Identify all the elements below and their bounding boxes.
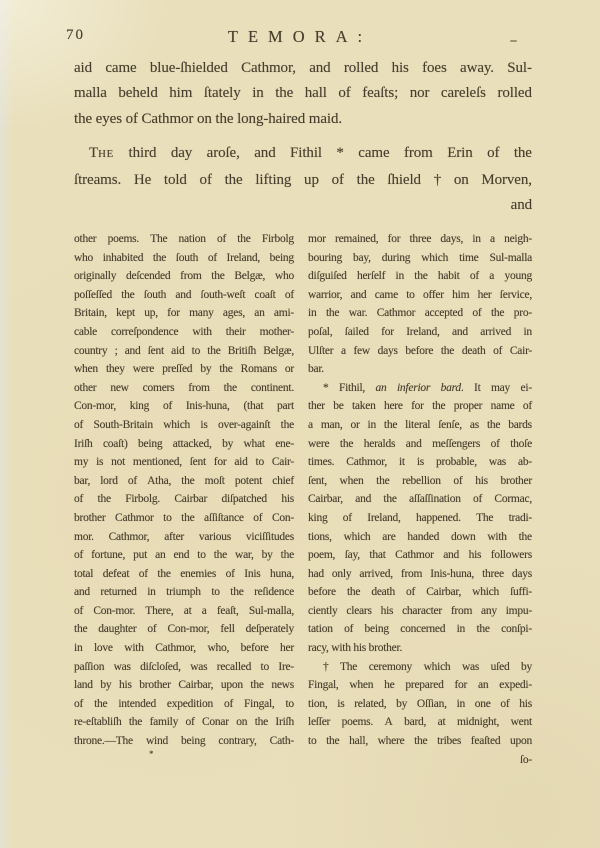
word: ſervice,: [500, 286, 532, 305]
text-line: brotherCathmortotheaſſiſtanceofCon-: [74, 509, 294, 528]
word: Morven,: [481, 168, 532, 193]
word: fortune,: [91, 546, 125, 565]
word: the: [224, 379, 237, 398]
word: a: [489, 267, 494, 286]
word: †: [434, 168, 441, 193]
word: Cathmor: [377, 304, 416, 323]
word: the: [225, 168, 243, 193]
word: to: [211, 583, 219, 602]
text-line: cientlyclearshischaracterfromanyimpu-: [308, 602, 532, 621]
text-line: poem,ſay,thatCathmorandhisfollowers: [308, 546, 532, 565]
word: *: [336, 141, 343, 167]
text-line: offortune,putanendtothewar,bythe: [74, 546, 294, 565]
word: for: [214, 453, 227, 472]
word: a: [308, 416, 313, 435]
word: remained,: [335, 230, 378, 249]
word: accepted: [425, 304, 463, 323]
word: tradi-: [509, 509, 532, 528]
word: of: [473, 490, 482, 509]
word: ſuffi-: [510, 583, 532, 602]
word: Cairbar,: [426, 583, 461, 602]
word: kept: [116, 304, 135, 323]
word: Belgæ,: [234, 267, 265, 286]
word: nation: [179, 230, 206, 249]
word: of: [139, 565, 148, 584]
word: the: [491, 304, 504, 323]
word: Fithil: [290, 141, 322, 167]
word: had: [308, 565, 324, 584]
word: when: [74, 360, 98, 379]
word: to: [406, 286, 414, 305]
word: the: [181, 509, 194, 528]
word: Conar: [202, 713, 229, 732]
word: days,: [440, 230, 463, 249]
word: three: [409, 230, 431, 249]
word: re-eſtabliſh: [74, 713, 121, 732]
word: the: [281, 546, 294, 565]
word: of: [344, 620, 353, 639]
word: the: [414, 267, 427, 286]
word: of: [200, 168, 212, 193]
word: one: [475, 695, 491, 714]
word: related,: [354, 695, 386, 714]
word: my: [74, 453, 88, 472]
word: Oſſian,: [417, 695, 447, 714]
word: who: [275, 267, 294, 286]
word: clears: [346, 602, 371, 621]
word: the: [129, 713, 142, 732]
word: Inis-huna,: [430, 565, 474, 584]
word: his: [281, 490, 294, 509]
text-line: leſſerpoems.Abard,atmidnight,went: [308, 713, 532, 732]
word: followers: [491, 546, 532, 565]
word: Firbolg: [262, 230, 294, 249]
word: the: [414, 732, 427, 751]
text-line: poſſeſſedtheſouthandſouth-weſtcoaſtof: [74, 286, 294, 305]
word: his: [119, 676, 132, 695]
word: the: [230, 583, 243, 602]
word: huna,: [270, 565, 294, 584]
word: young: [504, 267, 532, 286]
word: Sul-malla,: [249, 602, 294, 621]
text-line: mallabeheldhimſtatelyinthehalloffeaſts;n…: [74, 81, 532, 106]
word: happened.: [416, 509, 461, 528]
word: the: [275, 81, 293, 106]
word: the: [121, 286, 134, 305]
text-line: oftheintendedexpeditionofFingal,to: [74, 695, 294, 714]
word: tion,: [308, 695, 328, 714]
word: hall: [305, 81, 327, 106]
word: the: [157, 565, 170, 584]
word: Cathmor,: [109, 528, 150, 547]
word: was: [489, 453, 506, 472]
page-header: 70 TEMORA:: [0, 27, 600, 51]
text-line: THEthirddayaroſe,andFithil*camefromErino…: [74, 141, 532, 167]
word: diſcloſed,: [140, 658, 181, 677]
text-line: Con-mor,kingofInis-huna,(thatpart: [74, 397, 294, 416]
word: the: [255, 713, 268, 732]
word: and: [351, 286, 367, 305]
word: leſſer: [308, 713, 330, 732]
word: days: [378, 342, 398, 361]
word: to: [261, 658, 269, 677]
word: his: [392, 56, 409, 81]
text-line: ſent,whentherebellionofhisbrother: [308, 472, 532, 491]
word: the: [98, 490, 111, 509]
word: contrary,: [218, 732, 256, 751]
word: which: [163, 416, 190, 435]
word: ſenſe,: [438, 416, 462, 435]
text-line: totaldefeatoftheenemiesofInishuna,: [74, 565, 294, 584]
word: rolled: [497, 81, 531, 106]
word: of: [500, 695, 509, 714]
word: triumph: [166, 583, 201, 602]
word: thoſe: [510, 435, 532, 454]
word: Britain,: [74, 304, 107, 323]
text-line: the eyes of Cathmor on the long-haired m…: [74, 107, 532, 132]
word: malla: [74, 81, 107, 106]
word: and: [175, 286, 191, 305]
word: man,: [321, 416, 343, 435]
text-line: whentheywerepreſſedbytheRomansor: [74, 360, 294, 379]
word: diſguiſed: [308, 267, 347, 286]
text-line: †Theceremonywhichwasuſedby: [308, 658, 532, 677]
word: aroſe,: [207, 141, 240, 167]
word: and: [406, 435, 422, 454]
word: the: [519, 528, 532, 547]
word: up,: [144, 304, 158, 323]
word: told: [164, 168, 187, 193]
paragraph-second: THEthirddayaroſe,andFithil*camefromErino…: [74, 141, 532, 218]
word: and: [74, 583, 90, 602]
word: ſouth: [176, 249, 198, 268]
word: Fithil,: [339, 379, 365, 398]
word: in: [472, 230, 480, 249]
word: during: [382, 249, 411, 268]
word: viciſſitudes: [246, 528, 294, 547]
word: him: [452, 286, 469, 305]
press-figure: *: [149, 749, 154, 759]
text-line: whoinhabitedtheſouthofIreland,being: [74, 249, 294, 268]
text-line: kingofIreland,happened.Thetradi-: [308, 509, 532, 528]
word: careleſs: [441, 81, 486, 106]
word: the: [441, 342, 454, 361]
word: arrived: [480, 323, 511, 342]
word: brother: [139, 676, 170, 695]
word: bard,: [404, 713, 426, 732]
word: was: [190, 658, 207, 677]
word: inhabited: [103, 249, 144, 268]
word: love: [94, 639, 113, 658]
text-line: thedaughterofCon-mor,felldeſperately: [74, 620, 294, 639]
text-line: tationofbeingconcernedintheconſpi-: [308, 620, 532, 639]
word: handed: [407, 528, 439, 547]
word: her: [478, 286, 492, 305]
word: ſouth-weſt: [201, 286, 246, 305]
word: and: [254, 141, 275, 167]
word: the: [326, 732, 339, 751]
word: in: [396, 267, 404, 286]
word: He: [134, 168, 151, 193]
word: and: [443, 546, 459, 565]
word: lifting: [255, 168, 291, 193]
text-line: landbyhisbrotherCairbar,uponthenews: [74, 676, 294, 695]
text-line: Britain,keptup,formanyages,anami-: [74, 304, 294, 323]
word: of: [226, 565, 235, 584]
word: being: [365, 620, 389, 639]
word: of: [74, 416, 83, 435]
word: the: [347, 583, 360, 602]
word: Con-mor,: [74, 397, 116, 416]
word: ſhield: [387, 168, 421, 193]
word: bards: [508, 416, 532, 435]
word: Firbolg.: [125, 490, 160, 509]
word: his: [519, 695, 532, 714]
word: continent.: [251, 379, 294, 398]
word: before: [308, 583, 336, 602]
word: ages,: [223, 304, 245, 323]
word: of: [128, 472, 137, 491]
word: upon: [510, 732, 532, 751]
word: arrived,: [359, 565, 392, 584]
word: the: [326, 304, 339, 323]
word: which: [424, 658, 451, 677]
word: in: [457, 695, 465, 714]
text-line: ſo-: [308, 751, 532, 770]
text-line: warrior,andcametoofferhimherſervice,: [308, 286, 532, 305]
word: the: [476, 620, 489, 639]
word: aid: [234, 453, 247, 472]
word: king: [130, 397, 149, 416]
word: ;: [115, 342, 118, 361]
word: coaſt): [103, 435, 128, 454]
word: they: [106, 360, 125, 379]
word: their: [226, 323, 246, 342]
word: Cormac,: [494, 490, 532, 509]
text-line: tion,isrelated,byOſſian,inoneofhis: [308, 695, 532, 714]
word: he: [384, 676, 394, 695]
word: returned: [100, 583, 136, 602]
word: Inis-huna,: [186, 397, 230, 416]
word: the: [250, 676, 263, 695]
word: away.: [460, 56, 494, 81]
word: coaſt: [255, 286, 276, 305]
word: the: [487, 416, 500, 435]
word: from: [451, 602, 472, 621]
word: The: [476, 509, 493, 528]
text-line: times.Cathmor,itisprobable,wasab-: [308, 453, 532, 472]
word: his: [381, 602, 394, 621]
word: *: [323, 379, 329, 398]
word: three: [482, 565, 504, 584]
word: Cairbar,: [308, 490, 343, 509]
word: impu-: [506, 602, 532, 621]
word: of: [343, 509, 352, 528]
word: Ireland,: [227, 249, 260, 268]
footnote-left-column: otherpoems.ThenationoftheFirbolgwhoinhab…: [74, 230, 294, 769]
word: down: [451, 528, 476, 547]
word: Fingal,: [308, 676, 339, 695]
word: of: [74, 546, 83, 565]
word: of: [217, 230, 226, 249]
word: mor.: [74, 528, 94, 547]
word: news: [271, 676, 294, 695]
word: Cair-: [510, 342, 532, 361]
word: in: [74, 639, 82, 658]
book-page: 70 TEMORA: aidcameblue-ſhieldedCathmor,a…: [0, 0, 600, 848]
word: †: [323, 658, 329, 677]
word: the: [514, 141, 532, 167]
word: of: [147, 620, 156, 639]
word: the: [207, 342, 220, 361]
word: death: [462, 342, 486, 361]
text-line: poſal,ſailedforIreland,andarrivedin: [308, 323, 532, 342]
word: aſſaſſination: [409, 490, 461, 509]
word: or: [285, 360, 294, 379]
word: many: [189, 304, 214, 323]
word: king: [308, 509, 327, 528]
footnote-right-column: morremained,forthreedays,inaneigh-bourin…: [308, 230, 532, 769]
word: for: [388, 230, 401, 249]
word: aſſiſtance: [204, 509, 244, 528]
word: Ulſter: [308, 342, 333, 361]
word: who,: [207, 639, 229, 658]
text-line: Fingal,whenhepreparedforanexpedi-: [308, 676, 532, 695]
word: feaſted: [471, 732, 501, 751]
word: Cathmor,: [155, 639, 196, 658]
word: of: [208, 249, 217, 268]
text-line: inlovewithCathmor,who,beforeher: [74, 639, 294, 658]
word: ther: [308, 397, 325, 416]
word: Con-mor.: [93, 602, 135, 621]
word: paſſion: [74, 658, 104, 677]
word: deſperately: [246, 620, 294, 639]
word: bouring: [308, 249, 342, 268]
word: neigh-: [504, 230, 532, 249]
word: a: [202, 602, 207, 621]
word: There,: [145, 602, 173, 621]
word: of: [74, 602, 83, 621]
text-line: otherpoems.ThenationoftheFirbolg: [74, 230, 294, 249]
text-line: aidcameblue-ſhieldedCathmor,androlledhis…: [74, 56, 532, 81]
word: any: [481, 602, 497, 621]
word: to: [308, 732, 316, 751]
word: ceremony: [369, 658, 412, 677]
word: times.: [308, 453, 334, 472]
word: which: [344, 528, 371, 547]
word: came: [375, 286, 398, 305]
word: expedition: [167, 695, 213, 714]
word: the: [237, 230, 250, 249]
word: an: [376, 379, 387, 398]
word: by: [396, 695, 407, 714]
word: wind: [146, 732, 168, 751]
word: by: [100, 676, 111, 695]
word: beheld: [118, 81, 157, 106]
word: Ireland,: [367, 509, 400, 528]
word: it: [399, 453, 405, 472]
word: in: [252, 81, 263, 106]
word: Cairbar: [174, 490, 207, 509]
word: moſt: [205, 472, 225, 491]
word: ſailed: [345, 323, 369, 342]
word: total: [74, 565, 93, 584]
word: which: [421, 249, 448, 268]
text-line: racy, with his brother.: [308, 639, 532, 658]
word: bard.: [441, 379, 464, 398]
text-line: aman,orintheliteralſenſe,asthebards: [308, 416, 532, 435]
word: of: [285, 286, 294, 305]
word: Cair-: [272, 453, 294, 472]
word: Sul-: [507, 56, 532, 81]
text-line: tions,whicharehandeddownwiththe: [308, 528, 532, 547]
word: of: [163, 397, 172, 416]
word: poſſeſſed: [74, 286, 112, 305]
word: Iriſh: [275, 713, 294, 732]
word: intended: [118, 695, 156, 714]
word: hall,: [349, 732, 368, 751]
word: Romans: [241, 360, 277, 379]
word: the: [219, 360, 232, 379]
word: the: [214, 546, 227, 565]
word: was: [462, 658, 479, 677]
word: Cathmor: [395, 546, 434, 565]
word: an: [254, 304, 264, 323]
word: meſſengers: [432, 435, 480, 454]
word: character: [402, 602, 442, 621]
text-line: weretheheraldsandmeſſengersofthoſe: [308, 435, 532, 454]
word: an: [478, 676, 488, 695]
word: is: [337, 695, 344, 714]
word: part: [277, 397, 294, 416]
word: Inis: [244, 565, 260, 584]
word: brother: [74, 509, 105, 528]
word: South-Britain: [93, 416, 152, 435]
word: the: [74, 620, 87, 639]
word: of: [453, 472, 462, 491]
word: of: [491, 435, 500, 454]
word: when: [340, 472, 364, 491]
word: blue-ſhielded: [150, 56, 228, 81]
word: for: [381, 323, 394, 342]
word: on: [454, 168, 469, 193]
word: other: [74, 379, 96, 398]
word: poems.: [108, 230, 139, 249]
text-line: UlſterafewdaysbeforethedeathofCair-: [308, 342, 532, 361]
text-line: hadonlyarrived,fromInis-huna,threedays: [308, 565, 532, 584]
word: an: [155, 546, 165, 565]
word: as: [470, 416, 479, 435]
word: A: [385, 713, 393, 732]
word: Cath-: [270, 732, 294, 751]
text-line: inthewar.Cathmoracceptedofthepro-: [308, 304, 532, 323]
word: of: [493, 342, 502, 361]
word: rolled: [344, 56, 378, 81]
main-text: aidcameblue-ſhieldedCathmor,androlledhis…: [74, 56, 532, 218]
word: The: [150, 230, 167, 249]
word: at: [184, 602, 192, 621]
word: in: [308, 304, 316, 323]
word: from: [401, 565, 422, 584]
text-line: Iriſhcoaſt)beingattacked,bywhatene-: [74, 435, 294, 454]
word: upon: [221, 676, 243, 695]
word: new: [110, 379, 128, 398]
text-line: bar,lordofAtha,themoſtpotentchief: [74, 472, 294, 491]
word: before: [241, 639, 269, 658]
word: ſtately: [204, 81, 241, 106]
word: be: [333, 397, 343, 416]
footnotes: otherpoems.ThenationoftheFirbolgwhoinhab…: [74, 230, 532, 769]
